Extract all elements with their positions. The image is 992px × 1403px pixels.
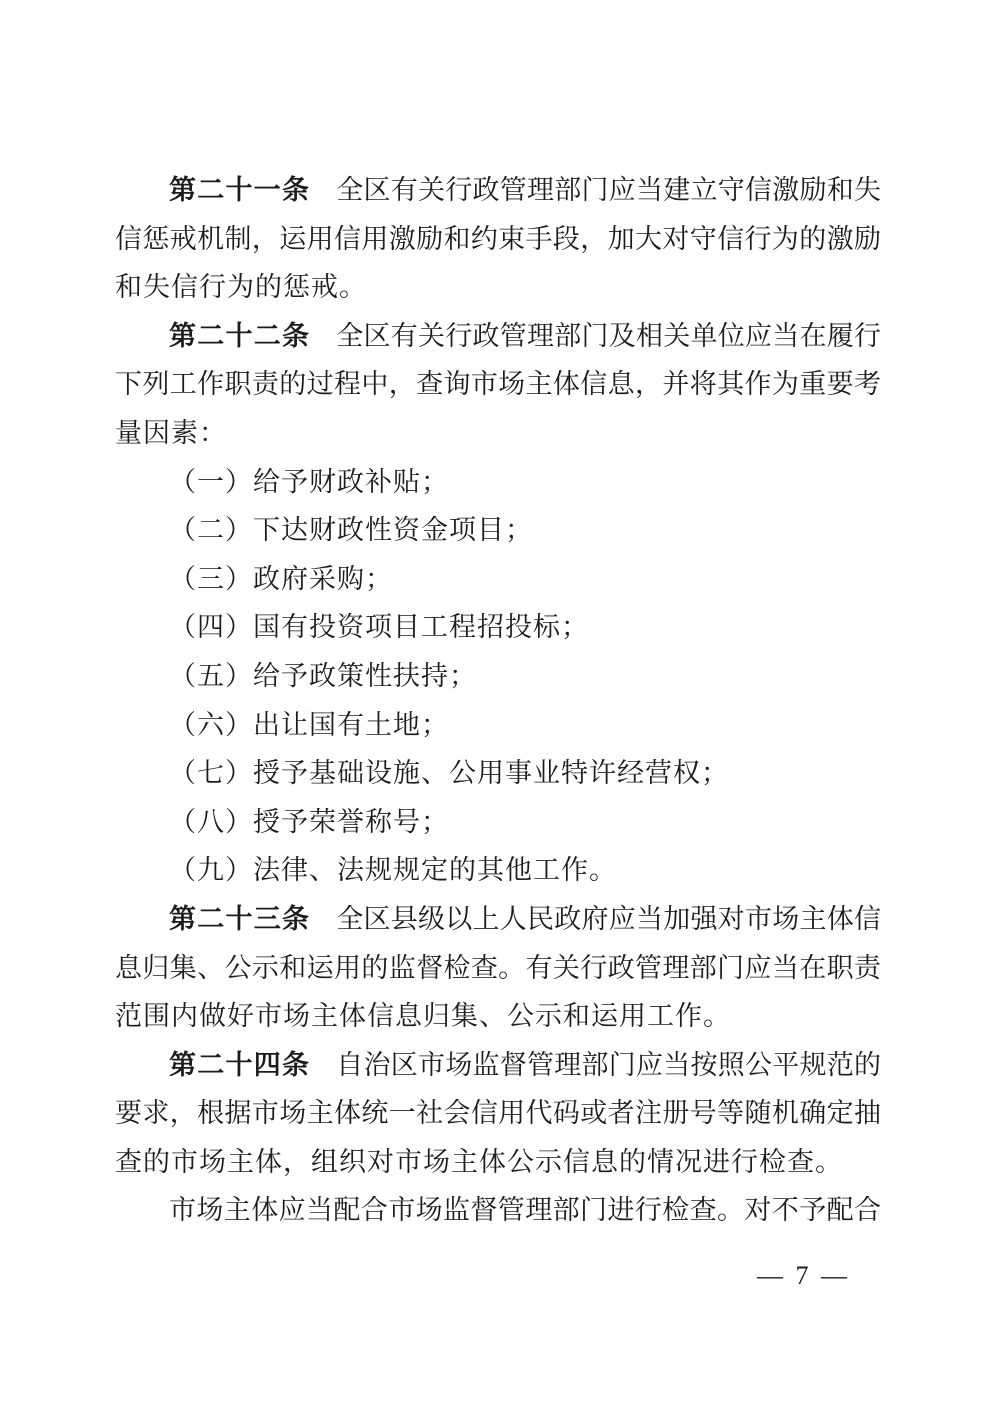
text-line: 第二十四条自治区市场监督管理部门应当按照公平规范的 xyxy=(115,1041,881,1090)
text-line: 量因素： xyxy=(115,409,881,458)
text-line: （九）法律、法规规定的其他工作。 xyxy=(115,846,881,895)
text-line: 第二十三条全区县级以上人民政府应当加强对市场主体信 xyxy=(115,895,881,944)
line-text: （七）授予基础设施、公用事业特许经营权； xyxy=(169,758,729,788)
article-number: 第二十四条 xyxy=(169,1050,310,1080)
text-line: （八）授予荣誉称号； xyxy=(115,798,881,847)
line-text: 和失信行为的惩戒。 xyxy=(115,272,367,302)
document-body: 第二十一条全区有关行政管理部门应当建立守信激励和失信惩戒机制，运用信用激励和约束… xyxy=(115,166,881,1235)
line-text: （九）法律、法规规定的其他工作。 xyxy=(169,855,617,885)
page-number: — 7 — xyxy=(757,1256,850,1296)
line-text: 全区有关行政管理部门应当建立守信激励和失 xyxy=(336,175,881,205)
line-text: 全区有关行政管理部门及相关单位应当在履行 xyxy=(336,321,881,351)
line-text: 量因素： xyxy=(115,418,227,448)
line-text: （二）下达财政性资金项目； xyxy=(169,515,533,545)
line-text: 要求，根据市场主体统一社会信用代码或者注册号等随机确定抽 xyxy=(115,1098,881,1128)
line-text: 范围内做好市场主体信息归集、公示和运用工作。 xyxy=(115,1001,731,1031)
text-line: 息归集、公示和运用的监督检查。有关行政管理部门应当在职责 xyxy=(115,944,881,993)
line-text: 自治区市场监督管理部门应当按照公平规范的 xyxy=(336,1050,881,1080)
line-text: 息归集、公示和运用的监督检查。有关行政管理部门应当在职责 xyxy=(115,953,881,983)
line-text: （一）给予财政补贴； xyxy=(169,467,449,497)
text-line: 范围内做好市场主体信息归集、公示和运用工作。 xyxy=(115,992,881,1041)
line-text: 全区县级以上人民政府应当加强对市场主体信 xyxy=(336,904,881,934)
line-text: （三）政府采购； xyxy=(169,564,393,594)
text-line: 下列工作职责的过程中，查询市场主体信息，并将其作为重要考 xyxy=(115,360,881,409)
text-line: （三）政府采购； xyxy=(115,555,881,604)
line-text: 查的市场主体，组织对市场主体公示信息的情况进行检查。 xyxy=(115,1147,843,1177)
text-line: （二）下达财政性资金项目； xyxy=(115,506,881,555)
article-number: 第二十二条 xyxy=(169,321,310,351)
document-page: 第二十一条全区有关行政管理部门应当建立守信激励和失信惩戒机制，运用信用激励和约束… xyxy=(0,0,992,1403)
article-number: 第二十一条 xyxy=(169,175,310,205)
line-text: 下列工作职责的过程中，查询市场主体信息，并将其作为重要考 xyxy=(115,369,881,399)
page-number-label: — 7 — xyxy=(757,1261,850,1290)
line-text: （八）授予荣誉称号； xyxy=(169,807,449,837)
text-line: （五）给予政策性扶持； xyxy=(115,652,881,701)
text-line: 市场主体应当配合市场监督管理部门进行检查。对不予配合 xyxy=(115,1186,881,1235)
text-line: 查的市场主体，组织对市场主体公示信息的情况进行检查。 xyxy=(115,1138,881,1187)
text-line: 信惩戒机制，运用信用激励和约束手段，加大对守信行为的激励 xyxy=(115,215,881,264)
line-text: 市场主体应当配合市场监督管理部门进行检查。对不予配合 xyxy=(169,1195,881,1225)
article-number: 第二十三条 xyxy=(169,904,310,934)
text-line: （一）给予财政补贴； xyxy=(115,458,881,507)
text-line: 要求，根据市场主体统一社会信用代码或者注册号等随机确定抽 xyxy=(115,1089,881,1138)
text-line: 第二十一条全区有关行政管理部门应当建立守信激励和失 xyxy=(115,166,881,215)
text-line: 和失信行为的惩戒。 xyxy=(115,263,881,312)
line-text: 信惩戒机制，运用信用激励和约束手段，加大对守信行为的激励 xyxy=(115,224,881,254)
text-line: （六）出让国有土地； xyxy=(115,701,881,750)
text-line: （四）国有投资项目工程招投标； xyxy=(115,603,881,652)
line-text: （四）国有投资项目工程招投标； xyxy=(169,612,589,642)
line-text: （五）给予政策性扶持； xyxy=(169,661,477,691)
text-line: 第二十二条全区有关行政管理部门及相关单位应当在履行 xyxy=(115,312,881,361)
line-text: （六）出让国有土地； xyxy=(169,710,449,740)
text-line: （七）授予基础设施、公用事业特许经营权； xyxy=(115,749,881,798)
